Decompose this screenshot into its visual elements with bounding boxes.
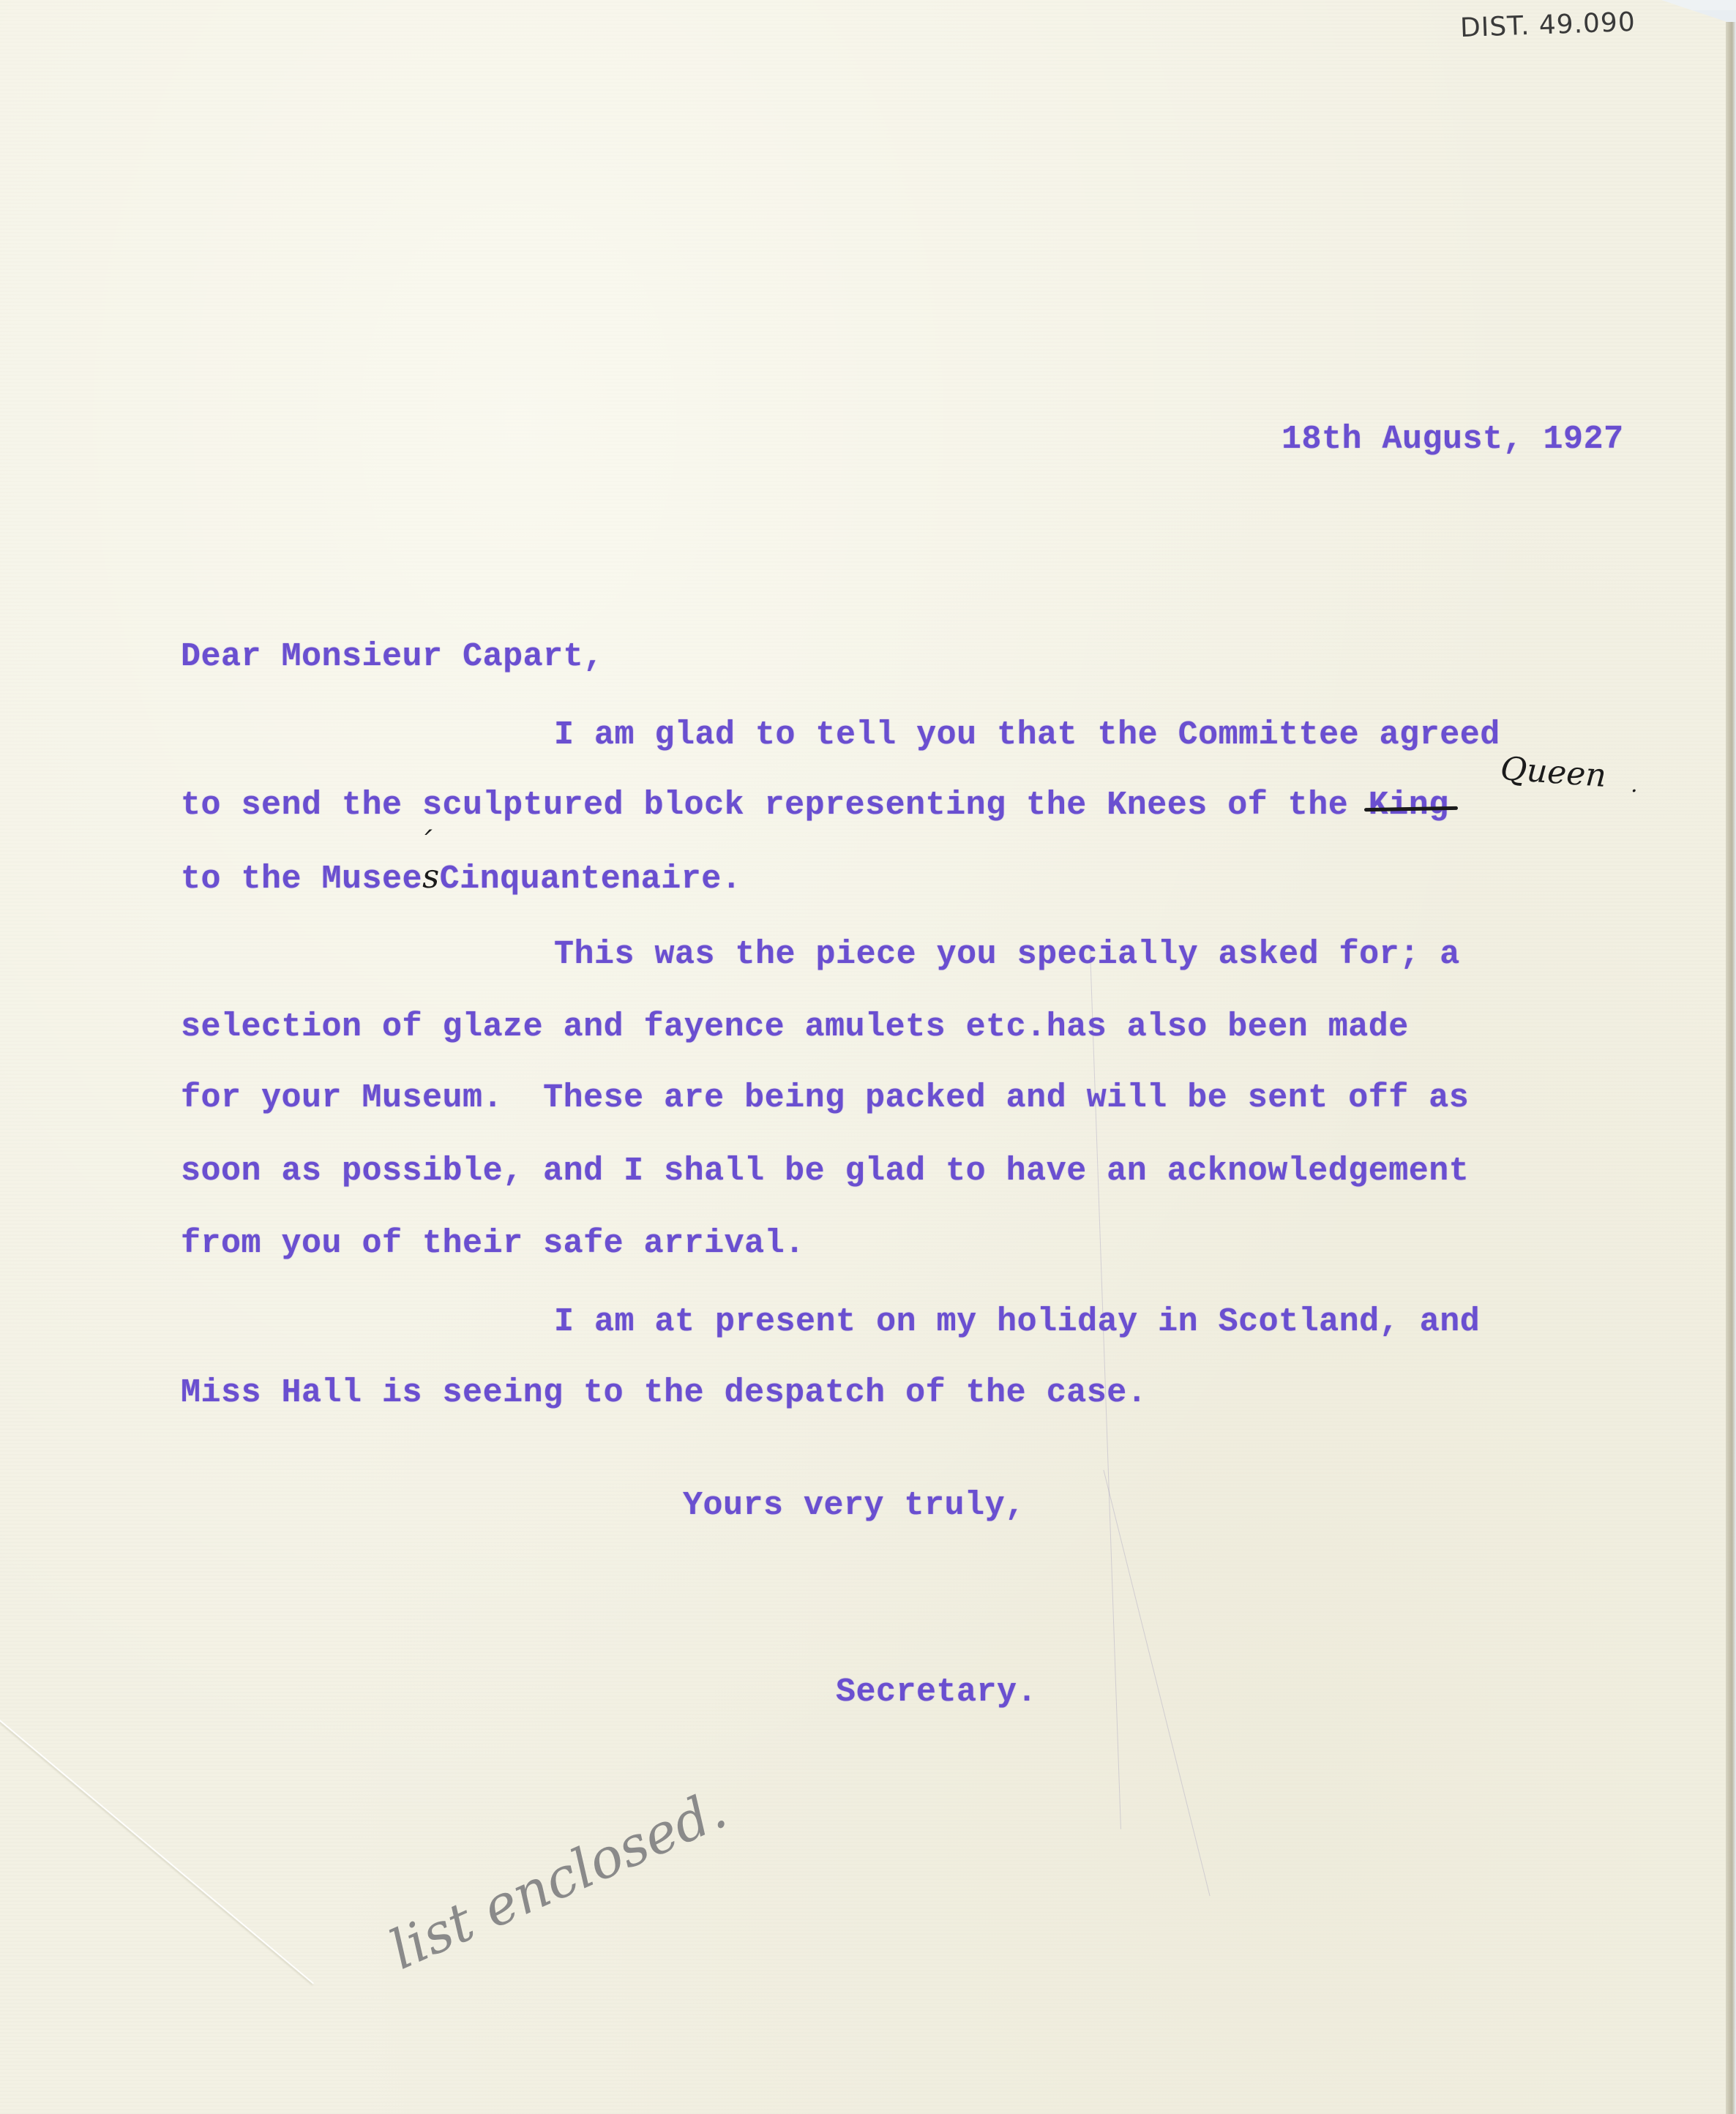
paragraph-2-line-2: selection of glaze and fayence amulets e…: [181, 1011, 1409, 1043]
paragraph-1-line-2-text: to send the sculptured block representin…: [181, 787, 1369, 824]
handwritten-accent-mark: ´: [417, 827, 432, 861]
correction-dot: .: [1631, 772, 1638, 798]
paragraph-2-line-1: This was the piece you specially asked f…: [554, 938, 1460, 971]
archive-reference-number: DIST. 49.090: [1459, 7, 1636, 43]
paragraph-3-line-1: I am at present on my holiday in Scotlan…: [554, 1305, 1480, 1338]
corner-fold-crease: [0, 1720, 314, 1984]
paragraph-1-line-3: to the MuseesCinquantenaire.: [181, 860, 741, 896]
paragraph-1-line-3-text: to the Mus: [181, 861, 382, 898]
letter-date: 18th August, 1927: [1282, 423, 1624, 456]
museum-word-ending: ee: [382, 861, 422, 898]
paragraph-2-line-4: soon as possible, and I shall be glad to…: [181, 1155, 1469, 1188]
paragraph-1-line-1: I am glad to tell you that the Committee…: [554, 719, 1500, 751]
letter-page: DIST. 49.090 18th August, 1927 Dear Mons…: [0, 0, 1727, 2114]
paragraph-1-line-2: to send the sculptured block representin…: [181, 789, 1449, 822]
closing: Yours very truly,: [683, 1489, 1025, 1522]
handwritten-correction-queen: Queen: [1499, 750, 1607, 795]
paragraph-2-line-3: for your Museum. These are being packed …: [181, 1082, 1469, 1114]
paragraph-2-line-5: from you of their safe arrival.: [181, 1227, 805, 1260]
signature-title: Secretary.: [836, 1676, 1037, 1709]
paragraph-3-line-2: Miss Hall is seeing to the despatch of t…: [181, 1376, 1147, 1409]
struck-word-king: King: [1369, 789, 1449, 822]
paragraph-1-line-4-text: Cinquantenaire.: [440, 861, 742, 898]
pencil-note-list-enclosed: list enclosed.: [381, 1778, 736, 1982]
salutation: Dear Monsieur Capart,: [181, 640, 604, 673]
page-right-edge: [1726, 22, 1736, 2114]
handwritten-s: s: [422, 857, 440, 896]
faint-pencil-line: [1103, 1470, 1210, 1896]
